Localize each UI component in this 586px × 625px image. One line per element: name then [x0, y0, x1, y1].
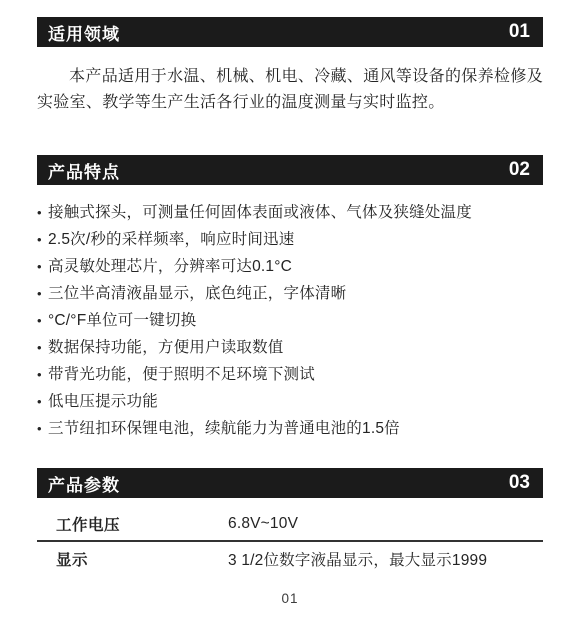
feature-text: 2.5次/秒的采样频率，响应时间迅速 [48, 226, 294, 253]
spec-value: 3 1/2位数字液晶显示，最大显示1999 [228, 548, 487, 570]
section-features: 产品特点 02 • 接触式探头，可测量任何固体表面或液体、气体及狭缝处温度 • … [37, 155, 543, 442]
feature-text: °C/°F单位可一键切换 [48, 307, 196, 334]
section-header-features: 产品特点 02 [37, 155, 543, 185]
bullet-icon: • [37, 388, 48, 415]
bullet-icon: • [37, 253, 48, 280]
feature-item: • 接触式探头，可测量任何固体表面或液体、气体及狭缝处温度 [37, 199, 543, 226]
bullet-icon: • [37, 307, 48, 334]
bullet-icon: • [37, 415, 48, 442]
feature-text: 低电压提示功能 [48, 388, 158, 415]
spec-label: 工作电压 [56, 513, 228, 535]
table-row: 显示 3 1/2位数字液晶显示，最大显示1999 [37, 542, 543, 575]
spec-value: 6.8V~10V [228, 515, 298, 533]
bullet-icon: • [37, 226, 48, 253]
section-number-badge: 03 [509, 472, 530, 494]
feature-text: 三位半高清液晶显示，底色纯正，字体清晰 [48, 280, 346, 307]
feature-text: 带背光功能，便于照明不足环境下测试 [48, 361, 315, 388]
application-paragraph: 本产品适用于水温、机械、机电、冷藏、通风等设备的保养检修及实验室、教学等生产生活… [37, 64, 543, 116]
bullet-icon: • [37, 334, 48, 361]
feature-list: • 接触式探头，可测量任何固体表面或液体、气体及狭缝处温度 • 2.5次/秒的采… [37, 199, 543, 442]
feature-item: • °C/°F单位可一键切换 [37, 307, 543, 334]
section-application: 适用领域 01 本产品适用于水温、机械、机电、冷藏、通风等设备的保养检修及实验室… [37, 17, 543, 116]
feature-item: • 数据保持功能，方便用户读取数值 [37, 334, 543, 361]
feature-text: 三节纽扣环保锂电池，续航能力为普通电池的1.5倍 [48, 415, 400, 442]
feature-item: • 低电压提示功能 [37, 388, 543, 415]
section-header-specs: 产品参数 03 [37, 468, 543, 498]
feature-text: 接触式探头，可测量任何固体表面或液体、气体及狭缝处温度 [48, 199, 472, 226]
section-header-application: 适用领域 01 [37, 17, 543, 47]
spec-label: 显示 [56, 548, 228, 570]
manual-page: 适用领域 01 本产品适用于水温、机械、机电、冷藏、通风等设备的保养检修及实验室… [0, 0, 586, 625]
feature-item: • 三节纽扣环保锂电池，续航能力为普通电池的1.5倍 [37, 415, 543, 442]
section-number-badge: 01 [509, 21, 530, 43]
section-title: 产品特点 [48, 158, 120, 183]
section-specs: 产品参数 03 工作电压 6.8V~10V 显示 3 1/2位数字液晶显示，最大… [37, 468, 543, 575]
page-number: 01 [37, 591, 543, 606]
feature-text: 数据保持功能，方便用户读取数值 [48, 334, 284, 361]
feature-item: • 高灵敏处理芯片，分辨率可达0.1°C [37, 253, 543, 280]
spec-table: 工作电压 6.8V~10V 显示 3 1/2位数字液晶显示，最大显示1999 [37, 507, 543, 575]
table-row: 工作电压 6.8V~10V [37, 507, 543, 540]
section-number-badge: 02 [509, 159, 530, 181]
section-title: 产品参数 [48, 471, 120, 496]
feature-item: • 带背光功能，便于照明不足环境下测试 [37, 361, 543, 388]
feature-item: • 2.5次/秒的采样频率，响应时间迅速 [37, 226, 543, 253]
bullet-icon: • [37, 199, 48, 226]
section-title: 适用领域 [48, 20, 120, 45]
bullet-icon: • [37, 280, 48, 307]
bullet-icon: • [37, 361, 48, 388]
feature-item: • 三位半高清液晶显示，底色纯正，字体清晰 [37, 280, 543, 307]
feature-text: 高灵敏处理芯片，分辨率可达0.1°C [48, 253, 292, 280]
